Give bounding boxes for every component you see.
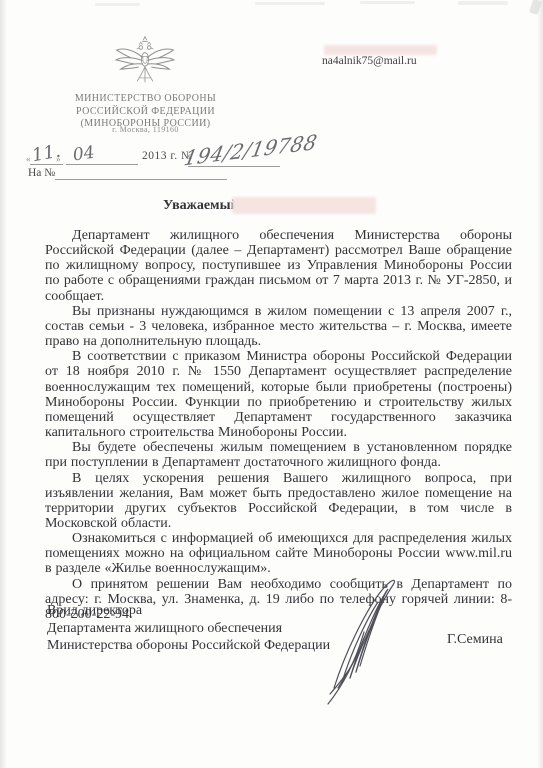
- reply-to-line: [55, 179, 227, 180]
- signoff-title: Врид директора Департамента жилищного об…: [47, 602, 330, 655]
- scan-edge-right: [537, 0, 543, 768]
- body-paragraph: Департамент жилищного обеспечения Минист…: [45, 228, 512, 304]
- body-paragraph: Ознакомиться с информацией об имеющихся …: [45, 531, 512, 576]
- scan-noise: [458, 1, 508, 5]
- date-month-line: [66, 164, 138, 165]
- body-paragraph: Вы признаны нуждающимся в жилом помещени…: [45, 304, 512, 349]
- redacted-addressee-name: [232, 197, 376, 214]
- scan-noise: [255, 2, 325, 5]
- handwritten-signature: [318, 576, 428, 706]
- mod-eagle-emblem-icon: [114, 33, 176, 93]
- body-paragraph: В целях ускорения решения Вашего жилищно…: [45, 471, 512, 532]
- date-day-line: [30, 164, 63, 165]
- signoff-title-line: Министерства обороны Российской Федераци…: [47, 637, 330, 655]
- signer-name: Г.Семина: [447, 632, 503, 648]
- redacted-recipient-name-block: [324, 45, 437, 55]
- scan-edge-left: [0, 0, 7, 768]
- outgoing-number-line: [188, 166, 280, 167]
- date-quote-open: «: [26, 154, 31, 164]
- salutation-greeting: Уважаемый: [163, 198, 239, 214]
- ministry-address: г. Москва, 119160: [38, 125, 253, 134]
- letter-body: Департамент жилищного обеспечения Минист…: [45, 228, 512, 622]
- signoff-title-line: Врид директора: [47, 602, 330, 620]
- body-paragraph: В соответствии с приказом Министра оборо…: [45, 349, 512, 440]
- date-quote-close: »: [56, 154, 61, 164]
- signoff-title-line: Департамента жилищного обеспечения: [47, 620, 330, 638]
- recipient-email: na4alnik75@mail.ru: [322, 55, 417, 67]
- ministry-name-line: МИНИСТЕРСТВО ОБОРОНЫ: [38, 93, 253, 106]
- scan-noise: [360, 1, 415, 4]
- reply-to-label: На №: [28, 167, 55, 179]
- handwritten-outgoing-number: 194/2/19788: [182, 129, 319, 170]
- body-paragraph: Вы будете обеспечены жилым помещением в …: [45, 440, 512, 470]
- scanned-letter-page: МИНИСТЕРСТВО ОБОРОНЫ РОССИЙСКОЙ ФЕДЕРАЦИ…: [0, 0, 543, 768]
- handwritten-month: 04: [72, 143, 96, 166]
- scan-noise: [95, 3, 140, 6]
- ministry-name-line: РОССИЙСКОЙ ФЕДЕРАЦИИ: [38, 106, 253, 119]
